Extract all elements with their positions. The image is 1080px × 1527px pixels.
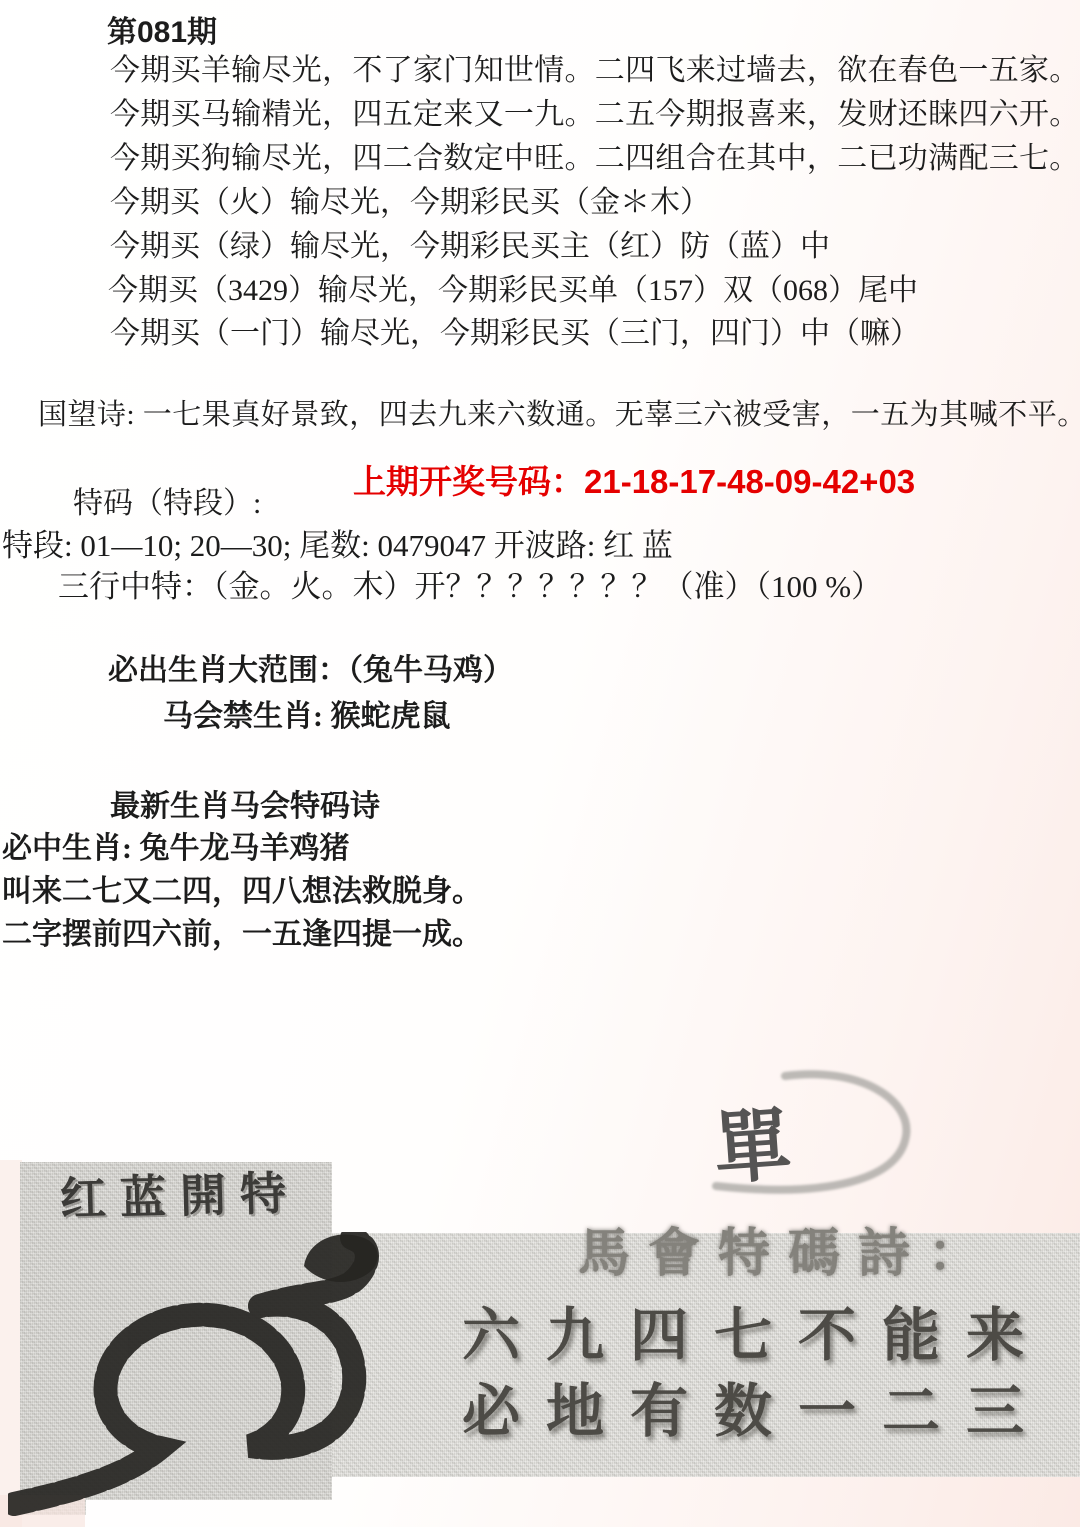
tip-line-2: 今期买马输精光，四五定来又一九。二五今期报喜来，发财还睐四六开。: [110, 96, 1080, 134]
must-hit-line: 必中生肖: 兔牛龙马羊鸡猪: [2, 830, 350, 868]
three-row-line: 三行中特：（金。火。木）开？？？？？？？（准）（100 %）: [58, 568, 882, 607]
issue-title: 第081期: [107, 14, 217, 52]
snake-icon: [8, 1232, 478, 1522]
last-draw-numbers: 上期开奖号码：21-18-17-48-09-42+03: [353, 461, 915, 502]
tip-line-3: 今期买狗输尽光，四二合数定中旺。二四组合在其中，二已功满配三七。: [110, 140, 1080, 178]
bottom-poem-title: 馬會特碼詩：: [578, 1222, 998, 1287]
bottom-verse-1: 六九四七不能来: [462, 1300, 1050, 1373]
tip-line-5: 今期买（绿）输尽光，今期彩民买主（红）防（蓝）中: [110, 228, 830, 266]
poem2-line-1: 叫来二七又二四，四八想法救脱身。: [2, 873, 482, 911]
poem2-line-2: 二字摆前四六前，一五逢四提一成。: [2, 916, 482, 954]
banned-zodiac-line: 马会禁生肖: 猴蛇虎鼠: [163, 698, 451, 736]
tip-line-1: 今期买羊输尽光，不了家门知世情。二四飞来过墙去，欲在春色一五家。: [110, 52, 1080, 90]
guowang-poem: 国望诗: 一七果真好景致，四去九来六数通。无辜三六被受害，一五为其喊不平。: [38, 397, 1080, 433]
tip-line-7: 今期买（一门）输尽光，今期彩民买（三门，四门）中（嘛）: [110, 315, 920, 353]
bottom-verse-2: 必地有数一二三: [462, 1376, 1050, 1449]
odd-stamp: 單: [710, 1081, 794, 1199]
latest-poem-title: 最新生肖马会特码诗: [110, 788, 380, 826]
tip-sheet-page: 第081期 今期买羊输尽光，不了家门知世情。二四飞来过墙去，欲在春色一五家。 今…: [0, 0, 1080, 1527]
tip-line-6: 今期买（3429）输尽光，今期彩民买单（157）双（068）尾中: [108, 272, 918, 310]
tip-line-4: 今期买（火）输尽光，今期彩民买（金＊木）: [110, 184, 710, 222]
special-section-label: 特码（特段）:: [73, 485, 261, 523]
red-blue-open-label: 红蓝開特: [59, 1165, 300, 1229]
zodiac-range-line: 必出生肖大范围：（兔牛马鸡）: [108, 652, 513, 690]
segment-line: 特段: 01—10; 20—30; 尾数: 0479047 开波路: 红 蓝: [2, 527, 673, 566]
